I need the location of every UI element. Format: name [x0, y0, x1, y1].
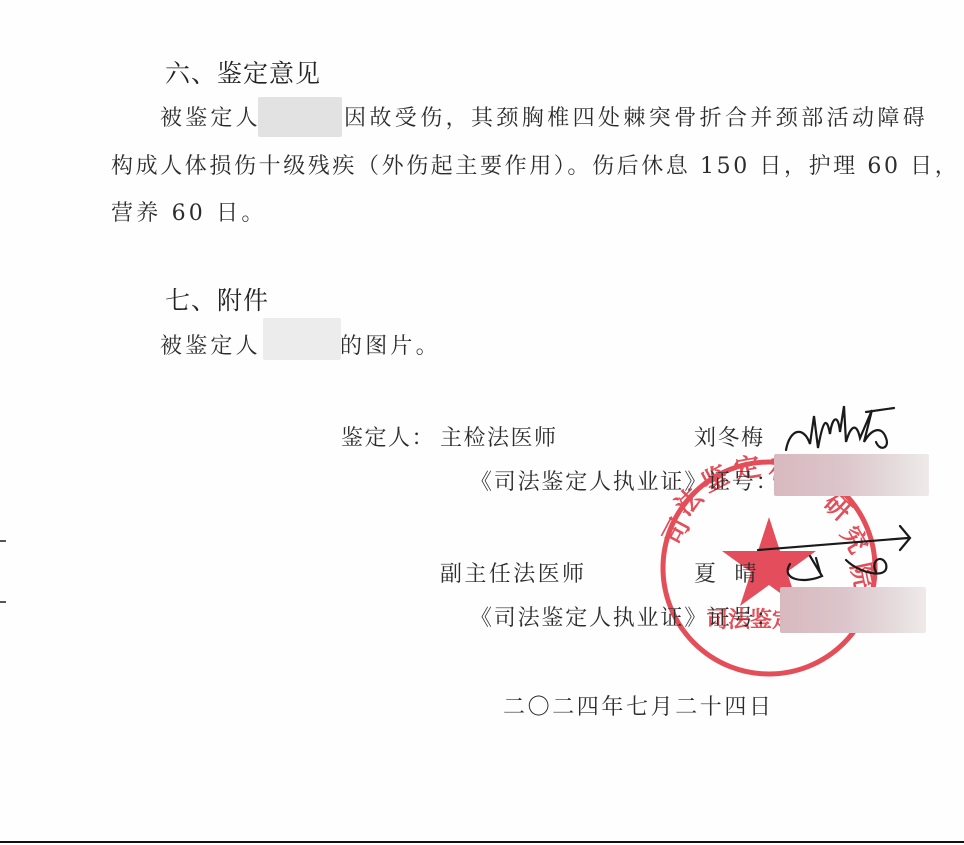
appraiser-1-handwritten-signature — [782, 398, 902, 460]
scan-edge-mark — [0, 540, 6, 542]
appraiser-2-cert-label: 《司法鉴定人执业证》证号： — [470, 601, 779, 632]
section-6-line2: 构成人体损伤十级残疾（外伤起主要作用）。伤后休息 150 日，护理 60 日， — [111, 149, 959, 180]
appraiser-1-name: 刘冬梅 — [694, 421, 765, 452]
redacted-cert-number — [780, 587, 926, 633]
scan-edge-mark — [0, 601, 6, 603]
section-6-line1-suffix: 因故受伤，其颈胸椎四处棘突骨折合并颈部活动障碍 — [344, 101, 928, 132]
page-bottom-border — [0, 841, 964, 843]
section-6-line3: 营养 60 日。 — [111, 196, 267, 227]
appraiser-2-title: 副主任法医师 — [440, 557, 586, 588]
section-7-line-prefix: 被鉴定人 — [160, 329, 261, 360]
section-6-line1-prefix: 被鉴定人 — [160, 101, 261, 132]
section-7-line-suffix: 的图片。 — [340, 329, 441, 360]
appraiser-2-handwritten-signature — [750, 520, 920, 590]
appraiser-2-name: 夏 晴 — [694, 557, 758, 588]
appraiser-1-cert-label: 《司法鉴定人执业证》证号： — [470, 465, 779, 496]
report-date: 二〇二四年七月二十四日 — [503, 690, 774, 721]
section-7-heading: 七、附件 — [165, 281, 269, 317]
redacted-cert-number — [774, 454, 929, 496]
appraiser-label: 鉴定人： — [341, 421, 435, 452]
section-6-heading: 六、鉴定意见 — [165, 54, 321, 90]
redacted-name — [258, 97, 342, 137]
appraiser-1-title: 主检法医师 — [440, 421, 558, 452]
redacted-name — [263, 318, 341, 360]
